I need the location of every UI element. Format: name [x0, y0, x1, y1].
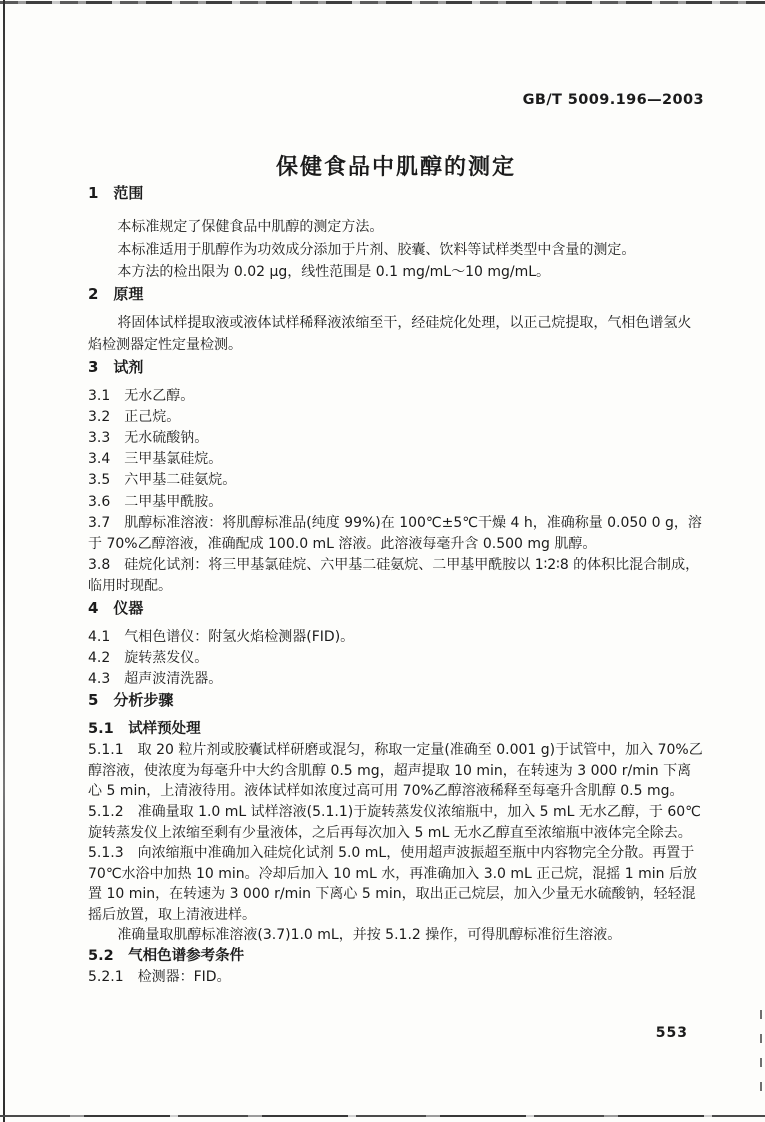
procedure-step: 5.1.1 取 20 粒片剂或胶囊试样研磨或混匀，称取一定量(准确至 0.001…: [88, 740, 704, 802]
section-scope-body: 本标准规定了保健食品中肌醇的测定方法。 本标准适用于肌醇作为功效成分添加于片剂、…: [88, 216, 704, 284]
section-principle-body: 将固体试样提取液或液体试样稀释液浓缩至干，经硅烷化处理，以正己烷提取，气相色谱氢…: [88, 312, 704, 357]
pretreatment-steps: 5.1.1 取 20 粒片剂或胶囊试样研磨或混匀，称取一定量(准确至 0.001…: [88, 740, 704, 946]
apparatus-list: 4.1 气相色谱仪：附氢火焰检测器(FID)。 4.2 旋转蒸发仪。 4.3 超…: [88, 627, 704, 691]
scope-paragraph: 本标准规定了保健食品中肌醇的测定方法。: [88, 216, 704, 239]
document-content: GB/T 5009.196—2003 保健食品中肌醇的测定 1 范围 本标准规定…: [88, 0, 704, 988]
page-number: 553: [656, 1025, 688, 1041]
scan-edge-left: [3, 0, 5, 1122]
section-principle-heading: 2 原理: [88, 284, 704, 305]
section-apparatus-heading: 4 仪器: [88, 598, 704, 619]
section-scope-heading: 1 范围: [88, 183, 704, 204]
reagent-item: 3.2 正己烷。: [88, 407, 704, 428]
standard-derivative-note: 准确量取肌醇标准溶液(3.7)1.0 mL，并按 5.1.2 操作，可得肌醇标准…: [88, 925, 704, 946]
apparatus-item: 4.1 气相色谱仪：附氢火焰检测器(FID)。: [88, 627, 704, 648]
reagent-item: 3.8 硅烷化试剂：将三甲基氯硅烷、六甲基二硅氨烷、二甲基甲酰胺以 1∶2∶8 …: [88, 555, 704, 597]
section-procedure-heading: 5 分析步骤: [88, 690, 704, 711]
reagent-item: 3.6 二甲基甲酰胺。: [88, 492, 704, 513]
reagent-item: 3.7 肌醇标准溶液：将肌醇标准品(纯度 99%)在 100℃±5℃干燥 4 h…: [88, 513, 704, 555]
scan-edge-right: [760, 1010, 762, 1100]
section-reagents-heading: 3 试剂: [88, 357, 704, 378]
gc-conditions-items: 5.2.1 检测器：FID。: [88, 967, 704, 988]
reagent-item: 3.1 无水乙醇。: [88, 386, 704, 407]
procedure-step: 5.1.3 向浓缩瓶中准确加入硅烷化试剂 5.0 mL，使用超声波振超至瓶中内容…: [88, 843, 704, 925]
procedure-step: 5.1.2 准确量取 1.0 mL 试样溶液(5.1.1)于旋转蒸发仪浓缩瓶中，…: [88, 802, 704, 843]
scan-edge-bottom: [0, 1115, 765, 1117]
principle-paragraph: 将固体试样提取液或液体试样稀释液浓缩至干，经硅烷化处理，以正己烷提取，气相色谱氢…: [88, 312, 704, 357]
reagent-item: 3.5 六甲基二硅氨烷。: [88, 470, 704, 491]
apparatus-item: 4.3 超声波清洗器。: [88, 669, 704, 690]
apparatus-item: 4.2 旋转蒸发仪。: [88, 648, 704, 669]
document-title: 保健食品中肌醇的测定: [88, 153, 704, 183]
subsection-gc-conditions-heading: 5.2 气相色谱参考条件: [88, 946, 704, 967]
reagents-list: 3.1 无水乙醇。 3.2 正己烷。 3.3 无水硫酸钠。 3.4 三甲基氯硅烷…: [88, 386, 704, 598]
standard-code: GB/T 5009.196—2003: [88, 92, 704, 109]
scanned-document-page: GB/T 5009.196—2003 保健食品中肌醇的测定 1 范围 本标准规定…: [0, 0, 765, 1122]
reagent-item: 3.3 无水硫酸钠。: [88, 428, 704, 449]
scope-paragraph: 本标准适用于肌醇作为功效成分添加于片剂、胶囊、饮料等试样类型中含量的测定。: [88, 239, 704, 262]
scope-paragraph: 本方法的检出限为 0.02 μg，线性范围是 0.1 mg/mL～10 mg/m…: [88, 261, 704, 284]
subsection-pretreatment-heading: 5.1 试样预处理: [88, 719, 704, 740]
gc-condition-item: 5.2.1 检测器：FID。: [88, 967, 704, 988]
reagent-item: 3.4 三甲基氯硅烷。: [88, 449, 704, 470]
